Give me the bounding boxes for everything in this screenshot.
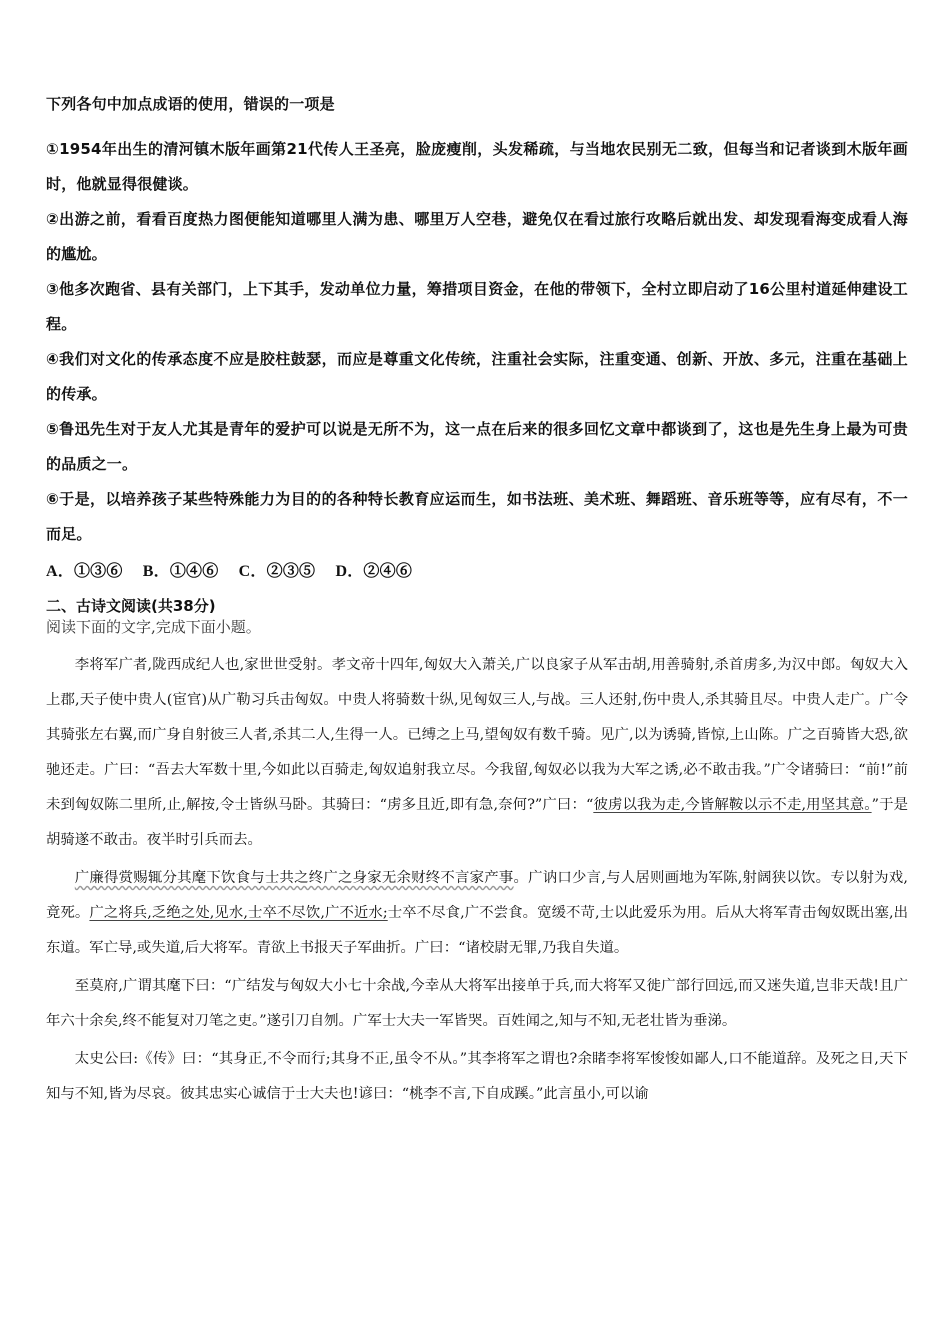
option-b-value: ①④⑥ bbox=[170, 563, 219, 580]
passage-paragraph-2: 广廉得赏赐辄分其麾下饮食与士共之终广之身家无余财终不言家产事。广讷口少言,与人居… bbox=[46, 861, 908, 966]
wavy-underlined-sentence: 广廉得赏赐辄分其麾下饮食与士共之终广之身家无余财终不言家产事 bbox=[75, 870, 514, 886]
option-d-value: ②④⑥ bbox=[363, 563, 412, 580]
option-b[interactable]: B．①④⑥ bbox=[143, 563, 219, 580]
question-item-4: ④我们对文化的传承态度不应是胶柱鼓瑟，而应是尊重文化传统，注重社会实际，注重变通… bbox=[46, 342, 908, 412]
option-a-value: ①③⑥ bbox=[74, 563, 123, 580]
classical-passage: 李将军广者,陇西成纪人也,家世世受射。孝文帝十四年,匈奴大入萧关,广以良家子从军… bbox=[46, 648, 908, 1112]
option-b-label: B． bbox=[143, 563, 170, 580]
passage-paragraph-4: 太史公曰:《传》曰：“其身正,不令而行;其身不正,虽令不从。”其李将军之谓也?余… bbox=[46, 1042, 908, 1112]
section-heading: 二、古诗文阅读(共38分) bbox=[46, 596, 908, 616]
option-a[interactable]: A．①③⑥ bbox=[46, 563, 123, 580]
answer-options: A．①③⑥ B．①④⑥ C．②③⑤ D．②④⑥ bbox=[46, 562, 908, 582]
passage-paragraph-1: 李将军广者,陇西成纪人也,家世世受射。孝文帝十四年,匈奴大入萧关,广以良家子从军… bbox=[46, 648, 908, 858]
document-page: 下列各句中加点成语的使用，错误的一项是 ①1954年出生的清河镇木版年画第21代… bbox=[46, 94, 908, 1112]
question-item-5: ⑤鲁迅先生对于友人尤其是青年的爱护可以说是无所不为，这一点在后来的很多回忆文章中… bbox=[46, 412, 908, 482]
option-c-value: ②③⑤ bbox=[267, 563, 316, 580]
question-title: 下列各句中加点成语的使用，错误的一项是 bbox=[46, 94, 908, 114]
question-item-1: ①1954年出生的清河镇木版年画第21代传人王圣亮，脸庞瘦削，头发稀疏，与当地农… bbox=[46, 132, 908, 202]
option-a-label: A． bbox=[46, 563, 74, 580]
passage-paragraph-3: 至莫府,广谓其麾下曰：“广结发与匈奴大小七十余战,今幸从大将军出接单于兵,而大将… bbox=[46, 969, 908, 1039]
underlined-sentence-2: 广之将兵,乏绝之处,见水,士卒不尽饮,广不近水; bbox=[89, 905, 387, 921]
option-c-label: C． bbox=[239, 563, 267, 580]
question-item-6: ⑥于是，以培养孩子某些特殊能力为目的的各种特长教育应运而生，如书法班、美术班、舞… bbox=[46, 482, 908, 552]
underlined-sentence-1: 彼虏以我为走,今皆解鞍以示不走,用坚其意。 bbox=[593, 797, 871, 813]
p1-text: 李将军广者,陇西成纪人也,家世世受射。孝文帝十四年,匈奴大入萧关,广以良家子从军… bbox=[46, 657, 908, 813]
option-d[interactable]: D．②④⑥ bbox=[335, 563, 412, 580]
section-instruction: 阅读下面的文字,完成下面小题。 bbox=[46, 616, 908, 638]
question-item-2: ②出游之前，看看百度热力图便能知道哪里人满为患、哪里万人空巷，避免仅在看过旅行攻… bbox=[46, 202, 908, 272]
question-item-3: ③他多次跑省、县有关部门，上下其手，发动单位力量，筹措项目资金，在他的带领下，全… bbox=[46, 272, 908, 342]
option-c[interactable]: C．②③⑤ bbox=[239, 563, 316, 580]
option-d-label: D． bbox=[335, 563, 363, 580]
